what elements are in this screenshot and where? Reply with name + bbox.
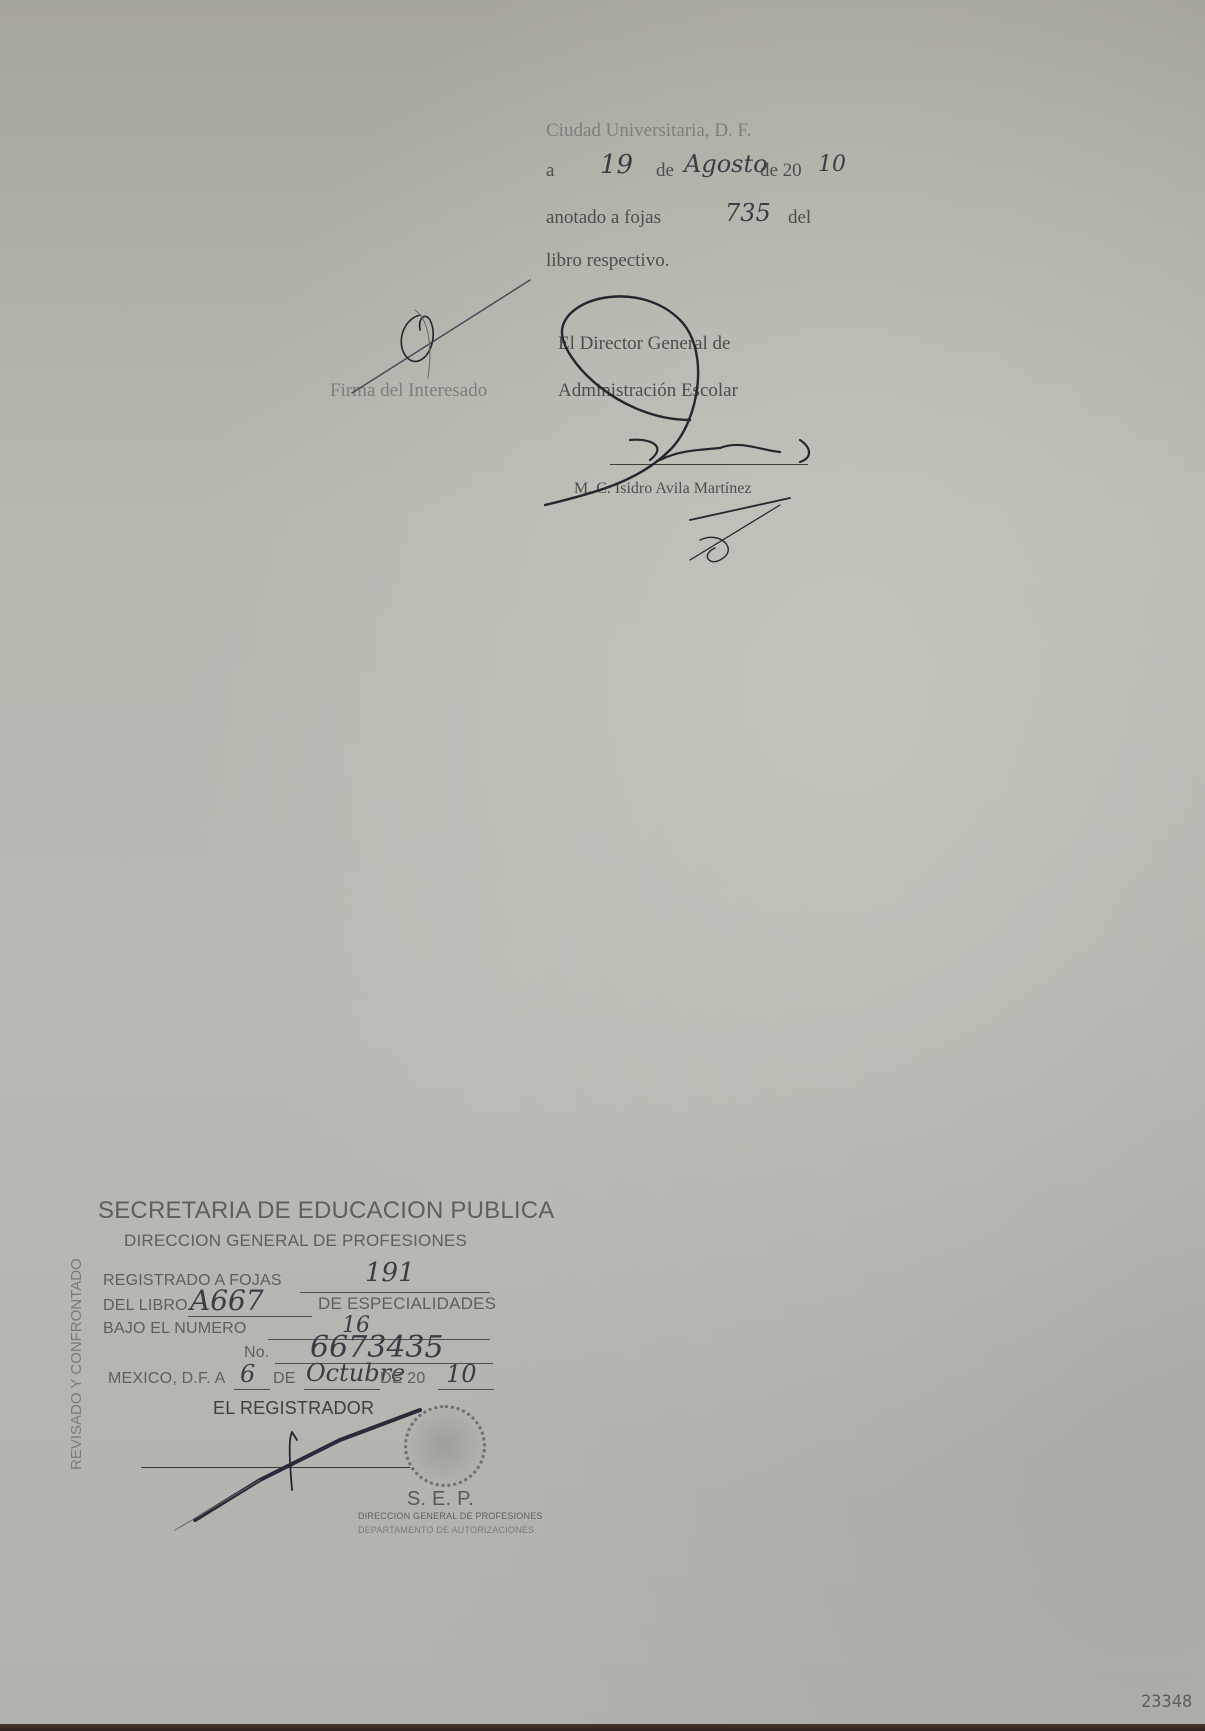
table-surface — [0, 1724, 1205, 1731]
stamp-book-suffix: DE ESPECIALIDADES — [318, 1294, 496, 1314]
stamp-number-label: BAJO EL NUMERO — [103, 1320, 247, 1338]
stamp-day-handwritten: 6 — [240, 1360, 255, 1388]
stamp-fojas-handwritten: 191 — [365, 1258, 415, 1288]
date-prefix: a — [546, 160, 554, 182]
annotated-label: anotado a fojas — [546, 207, 661, 229]
date-day-handwritten: 19 — [600, 150, 633, 180]
date-de2: de 20 — [760, 160, 802, 182]
page-number: 23348 — [1141, 1692, 1192, 1712]
book-label: libro respectivo. — [546, 250, 669, 272]
place-line: Ciudad Universitaria, D. F. — [546, 120, 751, 142]
sep-seal-emblem — [404, 1405, 486, 1487]
stamp-book-label: DEL LIBRO — [103, 1297, 188, 1315]
date-year-handwritten: 10 — [818, 152, 846, 177]
stamp-year-label: DE 20 — [380, 1370, 425, 1388]
director-title-line1: El Director General de — [558, 333, 731, 355]
del-label: del — [788, 207, 811, 229]
stamp-title: SECRETARIA DE EDUCACION PUBLICA — [98, 1197, 555, 1225]
director-name: M. C. Isidro Avila Martínez — [574, 480, 751, 498]
date-month-handwritten: Agosto — [684, 150, 768, 178]
stamp-subtitle: DIRECCION GENERAL DE PROFESIONES — [124, 1231, 467, 1251]
stamp-city-label: MEXICO, D.F. A — [108, 1370, 226, 1388]
date-de1: de — [656, 160, 674, 182]
stamp-de-label: DE — [273, 1370, 296, 1388]
stamp-book-handwritten: A667 — [190, 1284, 264, 1317]
seal-abbreviation: S. E. P. — [407, 1488, 474, 1511]
director-signature-line — [610, 464, 808, 465]
stamp-year-handwritten: 10 — [446, 1360, 477, 1388]
interested-signature-label: Firma del Interesado — [330, 380, 487, 402]
director-title-line2: Administración Escolar — [558, 380, 738, 402]
registrar-label: EL REGISTRADOR — [213, 1398, 374, 1419]
seal-line2: DEPARTAMENTO DE AUTORIZACIONES — [358, 1525, 534, 1535]
fojas-handwritten: 735 — [725, 199, 771, 227]
revised-stamp-label: REVISADO Y CONFRONTADO — [68, 1258, 85, 1470]
seal-line1: DIRECCION GENERAL DE PROFESIONES — [358, 1511, 543, 1521]
